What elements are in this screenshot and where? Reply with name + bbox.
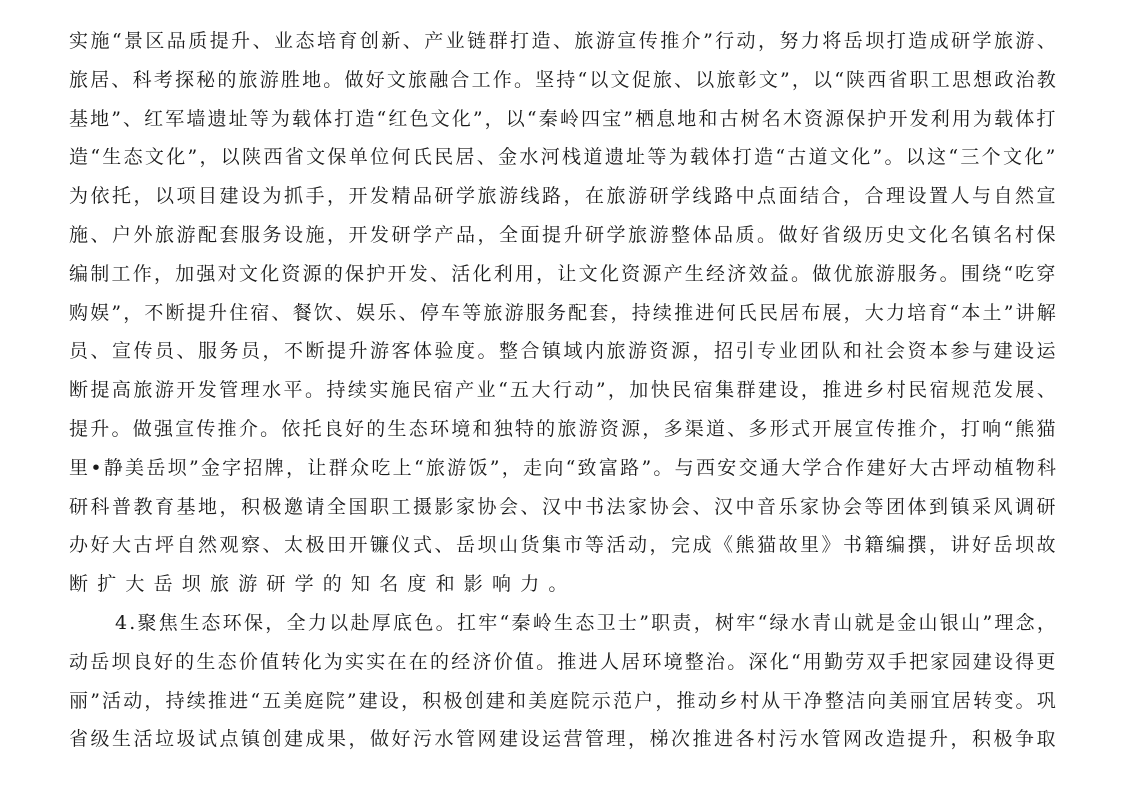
text-line: 造 “ 生 态 文 化 ” ， 以 陕 西 省 文 保 单 位 何 氏 民 居 …: [69, 138, 1056, 177]
text-line: 为 依 托 ， 以 项 目 建 设 为 抓 手 ， 开 发 精 品 研 学 旅 …: [69, 177, 1056, 216]
text-line: 实 施 “ 景 区 品 质 提 升 、 业 态 培 育 创 新 、 产 业 链 …: [69, 22, 1056, 61]
text-line: 省 级 生 活 垃 圾 试 点 镇 创 建 成 果 ， 做 好 污 水 管 网 …: [69, 720, 1056, 759]
text-line: 里 • 静 美 岳 坝 ” 金 字 招 牌 ， 让 群 众 吃 上 “ 旅 游 …: [69, 449, 1056, 488]
text-line-section-heading: 4 . 聚 焦 生 态 环 保 ， 全 力 以 赴 厚 底 色 。 扛 牢 “ …: [69, 604, 1056, 643]
text-line: 断 提 高 旅 游 开 发 管 理 水 平 。 持 续 实 施 民 宿 产 业 …: [69, 371, 1056, 410]
text-line: 提 升 。 做 强 宣 传 推 介 。 依 托 良 好 的 生 态 环 境 和 …: [69, 410, 1056, 449]
text-line: 办 好 大 古 坪 自 然 观 察 、 太 极 田 开 镰 仪 式 、 岳 坝 …: [69, 526, 1056, 565]
text-line: 员 、 宣 传 员 、 服 务 员 ， 不 断 提 升 游 客 体 验 度 。 …: [69, 332, 1056, 371]
text-line: 编 制 工 作 ， 加 强 对 文 化 资 源 的 保 护 开 发 、 活 化 …: [69, 255, 1056, 294]
text-line: 研 科 普 教 育 基 地 ， 积 极 邀 请 全 国 职 工 摄 影 家 协 …: [69, 488, 1056, 527]
text-line: 旅 居 、 科 考 探 秘 的 旅 游 胜 地 。 做 好 文 旅 融 合 工 …: [69, 61, 1056, 100]
text-line: 动 岳 坝 良 好 的 生 态 价 值 转 化 为 实 实 在 在 的 经 济 …: [69, 643, 1056, 682]
text-line: 购 娱 ” ， 不 断 提 升 住 宿 、 餐 饮 、 娱 乐 、 停 车 等 …: [69, 294, 1056, 333]
text-line: 施 、 户 外 旅 游 配 套 服 务 设 施 ， 开 发 研 学 产 品 ， …: [69, 216, 1056, 255]
text-line: 丽 ” 活 动 ， 持 续 推 进 “ 五 美 庭 院 ” 建 设 ， 积 极 …: [69, 682, 1056, 721]
document-page: 实 施 “ 景 区 品 质 提 升 、 业 态 培 育 创 新 、 产 业 链 …: [69, 22, 1056, 759]
paragraph-tourism: 实 施 “ 景 区 品 质 提 升 、 业 态 培 育 创 新 、 产 业 链 …: [69, 22, 1056, 604]
text-line-paragraph-end: 断扩大岳坝旅游研学的知名度和影响力。: [69, 565, 1056, 604]
paragraph-ecology: 4 . 聚 焦 生 态 环 保 ， 全 力 以 赴 厚 底 色 。 扛 牢 “ …: [69, 604, 1056, 759]
text-line: 基 地 ” 、 红 军 墙 遗 址 等 为 载 体 打 造 “ 红 色 文 化 …: [69, 100, 1056, 139]
